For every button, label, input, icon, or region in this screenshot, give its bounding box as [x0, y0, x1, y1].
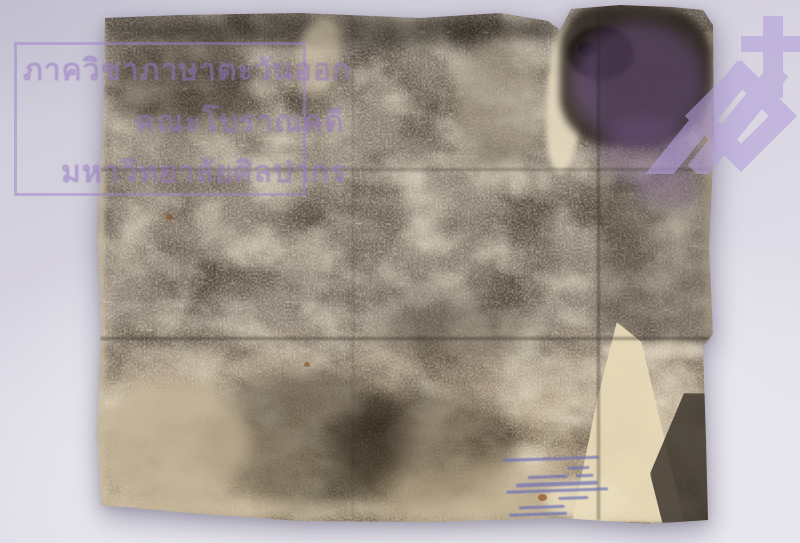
department-stamp-line-3: มหาวิทยาลัยศิลปากร	[61, 149, 347, 196]
dark-mass-bottom-left	[205, 372, 410, 504]
wormhole	[578, 42, 596, 56]
torn-patch-top-center	[541, 21, 590, 175]
registry-stamp-line	[516, 481, 598, 488]
light-zone-bottom	[388, 463, 570, 520]
fold-crease-vertical-2	[597, 12, 600, 520]
registry-stamp-line	[567, 466, 589, 470]
fold-crease-horizontal-2	[99, 337, 711, 340]
dark-wedge-bottom-right	[650, 393, 712, 523]
worn-cream-patch	[545, 478, 627, 520]
registry-stamp-line	[506, 487, 608, 494]
registry-stamp-line	[509, 512, 567, 517]
photo-backdrop: ภาควิชาภาษาตะวันออก คณะโบราณคดี มหาวิทยา…	[0, 0, 800, 543]
registry-stamp-line	[503, 456, 599, 462]
paper-edge-bottom	[100, 498, 700, 516]
script-rows-lower	[0, 348, 800, 516]
rust-spot-3	[304, 362, 310, 367]
department-stamp-line-1: ภาควิชาภาษาตะวันออก	[23, 47, 351, 94]
registry-stamp-line	[558, 496, 588, 500]
fold-highlight	[600, 342, 712, 358]
worn-cream-wedge	[572, 322, 684, 522]
registry-stamp-line	[519, 505, 565, 510]
dark-patch-center	[378, 298, 530, 360]
fold-crease-vertical-1	[352, 16, 354, 518]
department-stamp-watermark: ภาควิชาภาษาตะวันออก คณะโบราณคดี มหาวิทยา…	[14, 42, 306, 196]
rust-spot-2	[538, 494, 547, 501]
logo-watermark-icon	[633, 4, 800, 174]
registry-stamp	[497, 453, 621, 521]
department-stamp-line-2: คณะโบราณคดี	[135, 99, 345, 146]
dark-blotch-core	[568, 26, 634, 80]
registry-stamp-line	[576, 474, 594, 478]
light-patch-center-right	[455, 40, 540, 175]
purple-ink-stain-3	[636, 168, 698, 210]
dark-mass-bottom-center	[330, 392, 515, 504]
registry-stamp-line	[528, 475, 568, 479]
rust-spot-1	[166, 214, 173, 220]
tan-zone-bottom-left	[100, 380, 252, 510]
